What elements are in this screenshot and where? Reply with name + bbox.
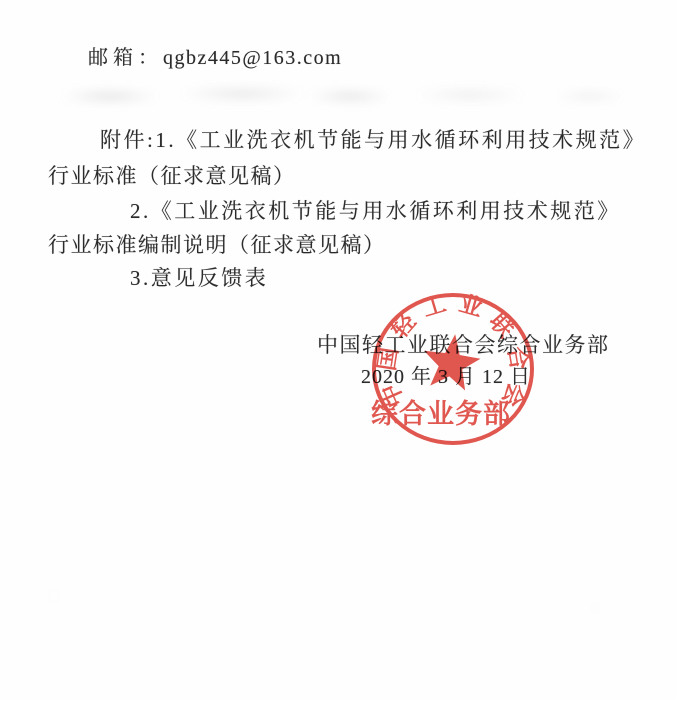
scan-artifact-band	[38, 82, 638, 108]
attachment-line-3: 2.《工业洗衣机节能与用水循环利用技术规范》	[130, 195, 621, 225]
attachment-line-4: 行业标准编制说明（征求意见稿）	[48, 229, 386, 259]
scan-artifact-specks	[0, 560, 677, 680]
email-line: 邮箱：qgbz445@163.com	[88, 41, 342, 70]
stamp-department-text: 综合业务部	[371, 398, 511, 429]
email-address: qgbz445@163.com	[163, 47, 342, 69]
email-label: 邮箱：	[88, 47, 163, 69]
scanned-document-page: 邮箱：qgbz445@163.com 附件:1.《工业洗衣机节能与用水循环利用技…	[0, 0, 677, 701]
official-seal-stamp: 中国轻工业联合会 综合业务部	[369, 291, 537, 449]
star-icon	[424, 334, 481, 390]
attachment-line-5: 3.意见反馈表	[130, 262, 268, 292]
attachment-line-2: 行业标准（征求意见稿）	[48, 160, 296, 190]
attachment-line-1: 附件:1.《工业洗衣机节能与用水循环利用技术规范》	[100, 124, 646, 154]
